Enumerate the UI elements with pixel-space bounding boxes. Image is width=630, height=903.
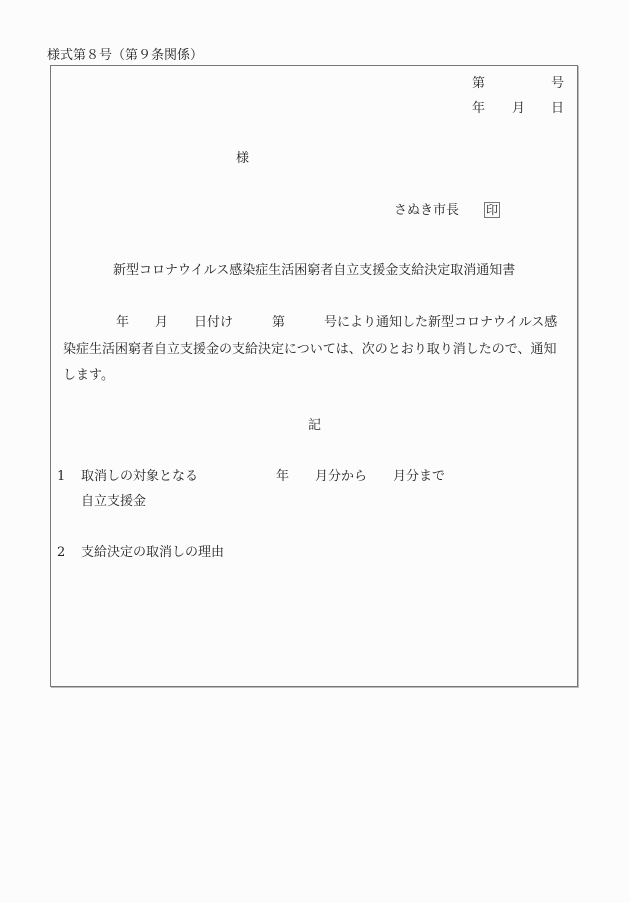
body-line1-rest: 号により通知した新型コロナウイルス感 bbox=[324, 316, 557, 329]
form-number-label: 様式第８号（第９条関係） bbox=[47, 49, 203, 62]
issuer-title: さぬき市長 bbox=[394, 204, 459, 217]
body-line2: 染症生活困窮者自立支援金の支給決定については、次のとおり取り消したので、通知 bbox=[63, 343, 556, 356]
addressee-honorific: 様 bbox=[236, 152, 249, 165]
seal-stamp-box: 印 bbox=[484, 202, 500, 218]
doc-number-prefix: 第 bbox=[472, 77, 485, 90]
item-2-number: 2 bbox=[57, 546, 65, 559]
date-day: 日 bbox=[551, 102, 564, 115]
body-dated: 日付け bbox=[194, 316, 233, 329]
item-1-number: 1 bbox=[57, 470, 65, 483]
item-2-label: 支給決定の取消しの理由 bbox=[81, 546, 224, 559]
document-frame bbox=[50, 65, 578, 687]
body-number-prefix: 第 bbox=[272, 316, 285, 329]
body-year: 年 bbox=[116, 316, 129, 329]
item-1-from: 月分から bbox=[315, 470, 367, 483]
body-month: 月 bbox=[155, 316, 168, 329]
doc-number-suffix: 号 bbox=[551, 77, 564, 90]
date-month: 月 bbox=[512, 102, 525, 115]
document-title: 新型コロナウイルス感染症生活困窮者自立支援金支給決定取消通知書 bbox=[113, 264, 515, 277]
date-year: 年 bbox=[472, 102, 485, 115]
item-1-label-cont: 自立支援金 bbox=[81, 495, 146, 508]
body-line3: します。 bbox=[63, 369, 114, 382]
item-1-to: 月分まで bbox=[393, 470, 445, 483]
ki-heading: 記 bbox=[308, 419, 321, 432]
item-1-label: 取消しの対象となる bbox=[81, 470, 198, 483]
item-1-year: 年 bbox=[276, 470, 289, 483]
